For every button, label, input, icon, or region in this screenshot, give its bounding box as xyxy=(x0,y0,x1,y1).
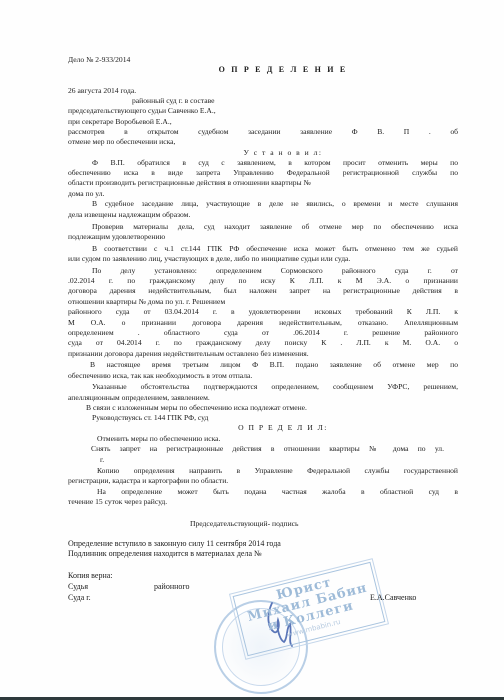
decision-line: На определение может быть подана частная… xyxy=(97,487,458,496)
judge-label: Судья xyxy=(68,582,88,591)
established-heading: У с т а н о в и л: xyxy=(0,148,504,157)
considered-line-2: отмене мер по обеспечении иска, xyxy=(68,137,175,146)
original-location-line: Подлинник определения находится в матери… xyxy=(68,549,262,558)
body-line: Проверив материалы дела, суд находит зая… xyxy=(92,222,458,231)
body-line: дома по ул. xyxy=(68,189,104,198)
considered-line-1: рассмотрев в открытом судебном заседании… xyxy=(68,127,458,136)
body-line: отношении квартиры № дома по ул. г. Реше… xyxy=(68,297,458,306)
decision-line: Снять запрет на регистрационные действия… xyxy=(91,444,444,453)
lawyer-watermark-stamp: Юрист Михаил Бабин и Коллеги www.mbabin.… xyxy=(233,562,386,657)
decision-line: г. xyxy=(100,455,104,464)
body-line: Руководствуясь ст. 144 ГПК РФ, суд xyxy=(92,413,208,422)
body-line: В связи с изложенным меры по обеспечению… xyxy=(86,403,307,412)
court-city-label: Суда г. xyxy=(68,593,91,602)
body-line: В судебное заседание лица, участвующие в… xyxy=(92,199,458,208)
court-line: районный суд г. в составе xyxy=(132,96,215,105)
body-line: области производить регистрационные дейс… xyxy=(68,178,458,187)
body-line: суда от 04.2014 г. по гражданскому делу … xyxy=(68,338,458,347)
document-date: 26 августа 2014 года. xyxy=(68,86,136,95)
presiding-signature: Председательствующий- подпись xyxy=(190,519,298,528)
body-line: апелляционным определением, заявлением. xyxy=(68,393,210,402)
body-line: Указанные обстоятельства подтверждаются … xyxy=(92,382,458,391)
body-line: Ф В.П. обратился в суд с заявлением, в к… xyxy=(92,158,458,167)
body-line: определением . областного суда от .06.20… xyxy=(68,328,458,337)
decision-line: течение 15 суток через райсуд. xyxy=(68,497,167,506)
decision-line: регистрации, кадастра и картографии по о… xyxy=(68,476,228,485)
decision-line: Отменить меры по обеспечению иска. xyxy=(97,434,220,443)
body-line: обеспечению иска, так как необходимость … xyxy=(68,371,252,380)
secretary-line: при секретаре Воробьевой Е.А., xyxy=(68,117,172,126)
body-line: М О.А. о признании договора дарения неде… xyxy=(68,318,458,327)
body-line: признании договора дарения недействитель… xyxy=(68,349,309,358)
document-page: Дело № 2-933/2014 О П Р Е Д Е Л Е Н И Е … xyxy=(0,0,504,697)
judge-name: Е.А.Савченко xyxy=(370,593,416,602)
case-number: Дело № 2-933/2014 xyxy=(68,55,130,64)
document-title: О П Р Е Д Е Л Е Н И Е xyxy=(0,65,504,74)
body-line: подлежащим удовлетворению xyxy=(68,232,165,241)
decided-heading: О П Р Е Д Е Л И Л: xyxy=(0,423,504,432)
effective-date-line: Определение вступило в законную силу 11 … xyxy=(68,539,281,548)
body-line: обеспечению иска в виде запрета Управлен… xyxy=(68,168,458,177)
body-line: В соответствии с ч.1 ст.144 ГПК РФ обесп… xyxy=(92,244,458,253)
copy-certified-label: Копия верна: xyxy=(68,571,113,580)
body-line: .02.2014 г. по гражданскому делу по иску… xyxy=(68,276,458,285)
body-line: дела извещены надлежащим образом. xyxy=(68,210,190,219)
decision-line: Копию определения направить в Управление… xyxy=(97,466,458,475)
presiding-line: председательствующего судьи Савченко Е.А… xyxy=(68,106,216,115)
body-line: В настоящее время третьим лицом Ф В.П. п… xyxy=(90,360,458,369)
district-label: районного xyxy=(154,582,189,591)
body-line: договора дарения недействительным, был н… xyxy=(68,286,458,295)
body-line: По делу установлено: определением Сормов… xyxy=(92,266,458,275)
body-line: районного суда от 03.04.2014 г. в удовле… xyxy=(68,307,458,316)
body-line: или судом по заявлению лиц, участвующих … xyxy=(68,254,350,263)
